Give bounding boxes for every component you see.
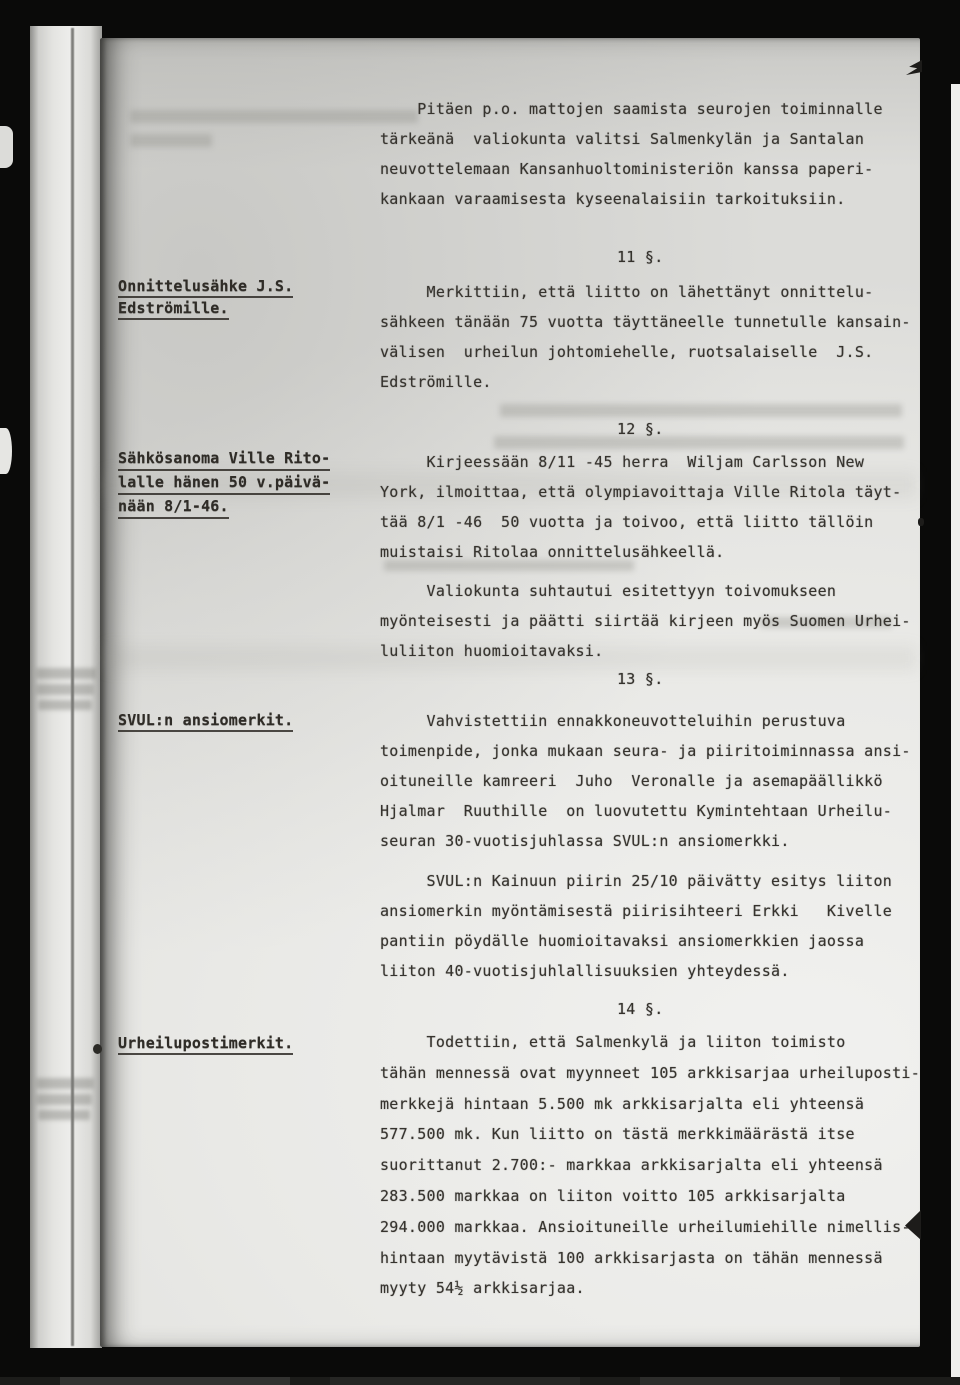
text-line: SVUL:n ansiomerkit. [118, 710, 293, 732]
strip-ghost-mark [36, 1078, 94, 1089]
text-line: neuvottelemaan Kansanhuoltoministeriön k… [380, 154, 883, 184]
scan-bottom-segment [330, 1377, 580, 1385]
section-13-paragraph-2: SVUL:n Kainuun piirin 25/10 päivätty esi… [380, 866, 892, 986]
ink-speck [93, 1044, 102, 1054]
text-line: Sähkösanoma Ville Rito- [118, 447, 330, 471]
strip-ghost-mark [36, 668, 96, 679]
text-line: muistaisi Ritolaa onnittelusähkeellä. [380, 537, 901, 567]
bleedthrough-smudge [500, 404, 902, 417]
text-line: 283.500 markkaa on liiton voitto 105 ark… [380, 1181, 920, 1212]
text-line: tähän mennessä ovat myynneet 105 arkkisa… [380, 1058, 920, 1089]
scan-bottom-segment [60, 1377, 290, 1385]
text-line: Pitäen p.o. mattojen saamista seurojen t… [380, 94, 883, 124]
text-line: liiton 40-vuotisjuhlallisuuksien yhteyde… [380, 956, 892, 986]
section-13-paragraph-1: Vahvistettiin ennakkoneuvotteluihin peru… [380, 706, 911, 856]
text-line: pantiin pöydälle huomioitavaksi ansiomer… [380, 926, 892, 956]
text-line: 294.000 markkaa. Ansioituneille urheilum… [380, 1212, 920, 1243]
strip-ghost-mark [36, 684, 94, 695]
intro-paragraph: Pitäen p.o. mattojen saamista seurojen t… [380, 94, 883, 214]
text-line: nään 8/1-46. [118, 495, 229, 519]
section-12-paragraph-1: Kirjeessään 8/11 -45 herra Wiljam Carlss… [380, 447, 901, 567]
text-line: York, ilmoittaa, että olympiavoittaja Vi… [380, 477, 901, 507]
text-line: Vahvistettiin ennakkoneuvotteluihin peru… [380, 706, 911, 736]
section-number-11: 11 §. [617, 242, 664, 272]
section-number-14: 14 §. [617, 994, 664, 1024]
scanned-document-photo: { "document": { "kind": "typewritten mee… [0, 0, 960, 1385]
bleedthrough-smudge [130, 110, 418, 123]
text-line: suorittanut 2.700:- markkaa arkkisarjalt… [380, 1150, 920, 1181]
text-line: 577.500 mk. Kun liitto on tästä merkkimä… [380, 1119, 920, 1150]
text-line: Todettiin, että Salmenkylä ja liiton toi… [380, 1027, 920, 1058]
text-line: SVUL:n Kainuun piirin 25/10 päivätty esi… [380, 866, 892, 896]
text-line: kankaan varaamisesta kyseenalaisiin tark… [380, 184, 883, 214]
text-line: Valiokunta suhtautui esitettyyn toivomuk… [380, 576, 911, 606]
text-line: välisen urheilun johtomiehelle, ruotsala… [380, 337, 911, 367]
scan-edge-highlight [951, 84, 960, 1385]
ink-speck [918, 518, 924, 526]
strip-ghost-mark [38, 700, 92, 710]
text-line: ansiomerkin myöntämisestä piirisihteeri … [380, 896, 892, 926]
text-line: tää 8/1 -46 50 vuotta ja toivoo, että li… [380, 507, 901, 537]
scan-bottom-edge [0, 1377, 960, 1385]
text-line: Merkittiin, että liitto on lähettänyt on… [380, 277, 911, 307]
text-line: luliiton huomioitavaksi. [380, 636, 911, 666]
text-line: Kirjeessään 8/11 -45 herra Wiljam Carlss… [380, 447, 901, 477]
text-line: myyty 54½ arkkisarjaa. [380, 1273, 920, 1304]
text-line: Urheilupostimerkit. [118, 1033, 293, 1055]
text-line: seuran 30-vuotisjuhlassa SVUL:n ansiomer… [380, 826, 911, 856]
text-line: merkkejä hintaan 5.500 mk arkkisarjalta … [380, 1089, 920, 1120]
margin-heading-13: SVUL:n ansiomerkit. [118, 710, 293, 732]
margin-heading-14: Urheilupostimerkit. [118, 1033, 293, 1055]
text-line: toimenpide, jonka mukaan seura- ja piiri… [380, 736, 911, 766]
text-line: tärkeänä valiokunta valitsi Salmenkylän … [380, 124, 883, 154]
section-number-12: 12 §. [617, 414, 664, 444]
section-12-paragraph-2: Valiokunta suhtautui esitettyyn toivomuk… [380, 576, 911, 666]
scan-edge-notch [0, 126, 13, 168]
scan-edge-blob [0, 428, 12, 474]
margin-heading-12: Sähkösanoma Ville Rito-lalle hänen 50 v.… [118, 447, 330, 519]
text-line: myönteisesti ja päätti siirtää kirjeen m… [380, 606, 911, 636]
text-line: Edströmille. [118, 298, 229, 320]
text-line: Hjalmar Ruuthille on luovutettu Kyminteh… [380, 796, 911, 826]
section-11-paragraph: Merkittiin, että liitto on lähettänyt on… [380, 277, 911, 397]
bleedthrough-smudge [130, 134, 212, 147]
margin-heading-11: Onnittelusähke J.S.Edströmille. [118, 276, 293, 320]
text-line: Edströmille. [380, 367, 911, 397]
text-line: sähkeen tänään 75 vuotta täyttäneelle tu… [380, 307, 911, 337]
scan-bottom-segment [640, 1377, 840, 1385]
text-line: lalle hänen 50 v.päivä- [118, 471, 330, 495]
text-line: hintaan myytävistä 100 arkkisarjasta on … [380, 1243, 920, 1274]
text-line: oituneille kamreeri Juho Veronalle ja as… [380, 766, 911, 796]
section-number-13: 13 §. [617, 664, 664, 694]
section-14-paragraph: Todettiin, että Salmenkylä ja liiton toi… [380, 1027, 920, 1304]
strip-ghost-mark [38, 1110, 90, 1120]
text-line: Onnittelusähke J.S. [118, 276, 293, 298]
strip-ghost-mark [36, 1094, 92, 1105]
